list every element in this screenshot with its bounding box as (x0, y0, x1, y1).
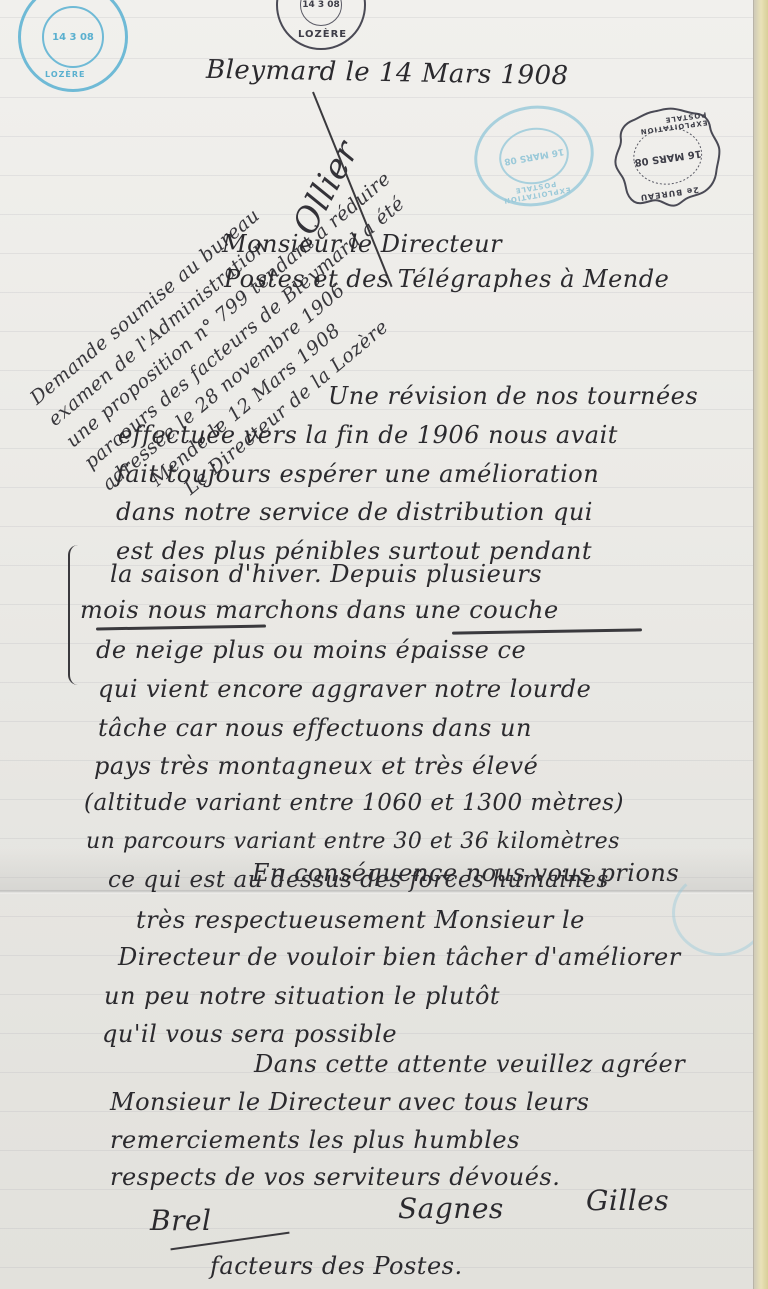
addressee-line-2: Postes et des Télégraphes à Mende (224, 265, 669, 293)
body-line: En conséquence nous vous prions (252, 859, 679, 887)
signatories-title: facteurs des Postes. (210, 1252, 463, 1280)
body-line: fait toujours espérer une amélioration (116, 460, 599, 488)
body-line: pays très montagneux et très élevé (94, 752, 538, 780)
body-line: (altitude variant entre 1060 et 1300 mèt… (84, 790, 624, 816)
body-line: dans notre service de distribution qui (116, 498, 593, 526)
body-line: Monsieur le Directeur avec tous leurs (110, 1088, 589, 1116)
page-edge (753, 0, 768, 1289)
place-date-line: Bleymard le 14 Mars 1908 (206, 55, 569, 91)
stamp-date: 14 3 08 (302, 0, 340, 10)
signature-2: Sagnes (398, 1192, 504, 1225)
body-line: très respectueusement Monsieur le (136, 906, 585, 934)
stamp-text: LOZÈRE (298, 29, 347, 40)
body-line: un peu notre situation le plutôt (104, 982, 500, 1010)
body-line: la saison d'hiver. Depuis plusieurs (110, 560, 542, 588)
body-line: qu'il vous sera possible (102, 1020, 397, 1048)
addressee-line-1: Monsieur le Directeur (222, 230, 502, 258)
body-line: qui vient encore aggraver notre lourde (98, 675, 591, 703)
letter-sheet: 14 3 08 POSTES LOZÈRE 14 3 08 LOZÈRE 16 … (0, 0, 756, 1289)
body-line: un parcours variant entre 30 et 36 kilom… (86, 829, 620, 854)
body-line: tâche car nous effectuons dans un (98, 714, 532, 742)
body-line: Une révision de nos tournées (328, 382, 698, 410)
body-line: Directeur de vouloir bien tâcher d'améli… (118, 943, 681, 971)
signature-3: Gilles (586, 1184, 669, 1217)
body-line: Dans cette attente veuillez agréer (254, 1050, 685, 1078)
postmark-stamp-scalloped: 16 MARS 08 2e BUREAU EXPLOITATION POSTAL… (605, 99, 730, 218)
stamp-date: 14 3 08 (52, 32, 94, 43)
body-line: de neige plus ou moins épaisse ce (96, 636, 526, 664)
signature-1: Brel (150, 1204, 212, 1237)
stamp-date: 16 MARS 08 (503, 146, 564, 166)
body-line: mois nous marchons dans une couche (80, 596, 559, 624)
body-line: effectuée vers la fin de 1906 nous avait (118, 421, 618, 449)
stamp-text: LOZÈRE (45, 70, 86, 79)
body-line: respects de vos serviteurs dévoués. (110, 1163, 560, 1191)
body-line: remerciements les plus humbles (110, 1126, 520, 1154)
